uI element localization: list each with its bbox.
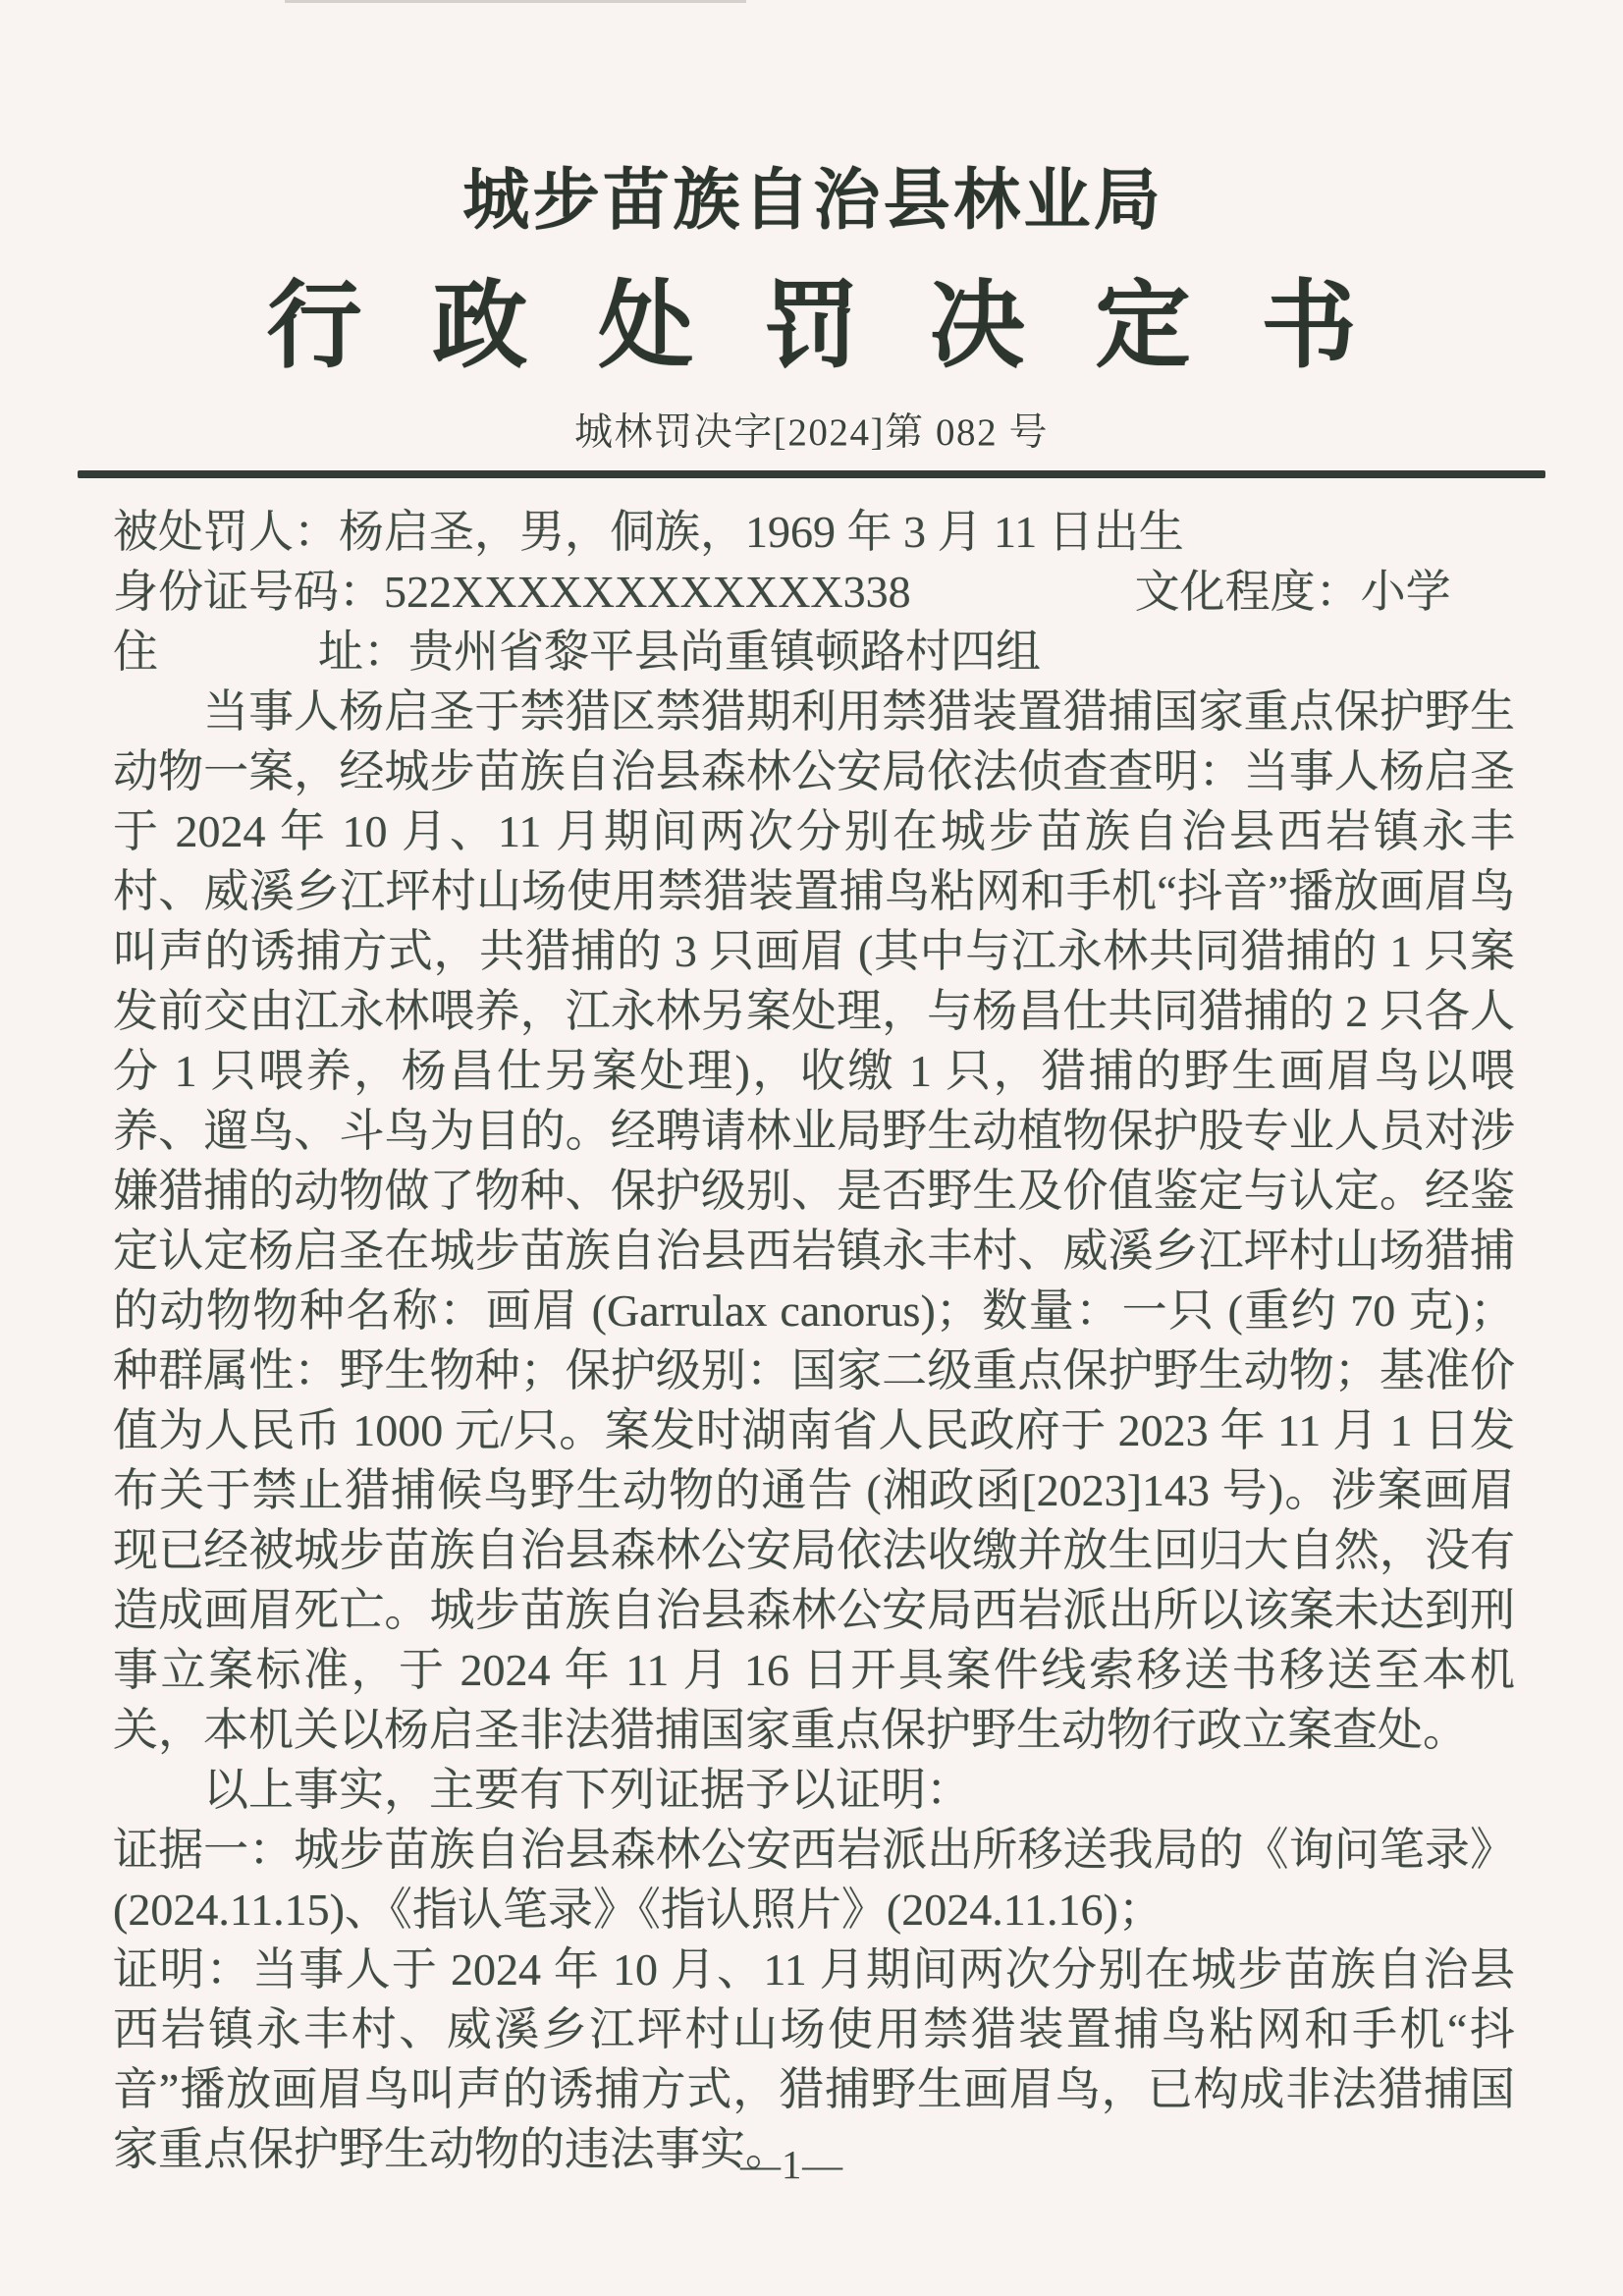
- education-text: 文化程度：小学: [1135, 567, 1451, 617]
- body-paragraphs: 当事人杨启圣于禁猎区禁猎期利用禁猎装置猎捕国家重点保护野生动物一案，经城步苗族自…: [113, 682, 1515, 2179]
- penalized-person-text: 被处罚人：杨启圣，男，侗族，1969 年 3 月 11 日出生: [113, 507, 1184, 557]
- document-number: 城林罚决字[2024]第 082 号: [0, 402, 1623, 457]
- info-line-id-education: 身份证号码：522XXXXXXXXXXXX338 文化程度：小学: [113, 562, 1515, 622]
- body-paragraph: 证据一：城步苗族自治县森林公安西岩派出所移送我局的《询问笔录》(2024.11.…: [113, 1820, 1515, 1940]
- address-label-text: 住: [113, 627, 158, 677]
- info-line-address: 住 址：贵州省黎平县尚重镇顿路村四组: [113, 622, 1515, 682]
- page-number: —1—: [0, 2141, 1584, 2188]
- address-value-text: 址：贵州省黎平县尚重镇顿路村四组: [318, 627, 1041, 677]
- document-body: 被处罚人：杨启圣，男，侗族，1969 年 3 月 11 日出生 身份证号码：52…: [113, 502, 1515, 2179]
- scanned-document-page: 城步苗族自治县林业局 行政处罚决定书 城林罚决字[2024]第 082 号 被处…: [0, 0, 1623, 2296]
- scan-artifact-top-edge: [285, 0, 746, 3]
- id-number-text: 身份证号码：522XXXXXXXXXXXX338: [113, 567, 911, 617]
- document-title: 行政处罚决定书: [0, 248, 1623, 386]
- body-paragraph: 当事人杨启圣于禁猎区禁猎期利用禁猎装置猎捕国家重点保护野生动物一案，经城步苗族自…: [113, 682, 1515, 1760]
- body-paragraph: 以上事实，主要有下列证据予以证明：: [113, 1760, 1515, 1820]
- agency-title: 城步苗族自治县林业局: [0, 147, 1623, 243]
- info-line-penalized-person: 被处罚人：杨启圣，男，侗族，1969 年 3 月 11 日出生: [113, 502, 1515, 562]
- header-divider-rule: [78, 470, 1545, 478]
